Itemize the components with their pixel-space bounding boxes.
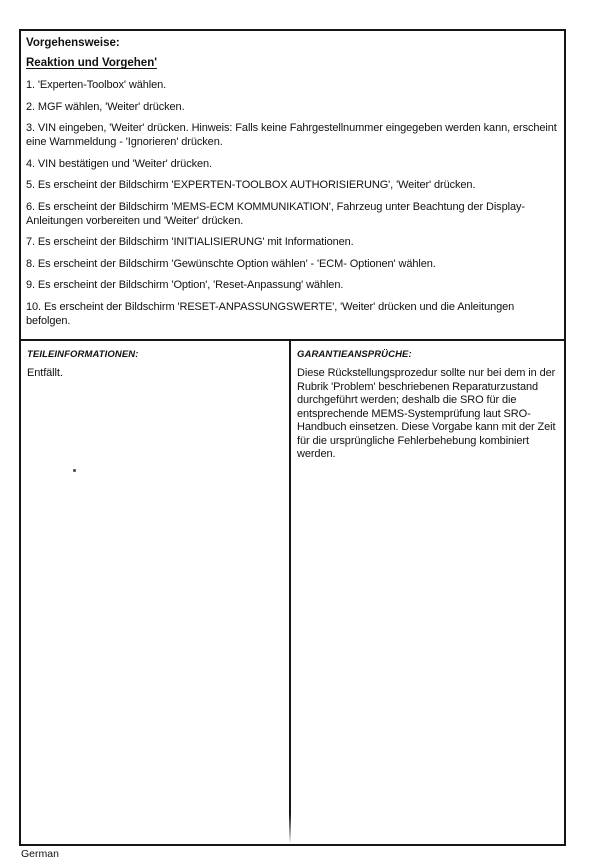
scan-artifact-dot: [73, 469, 76, 472]
parts-information-header: TEILEINFORMATIONEN:: [27, 349, 283, 361]
parts-information-body: Entfällt.: [27, 367, 283, 381]
procedure-step-9: 9. Es erscheint der Bildschirm 'Option',…: [26, 278, 559, 292]
parts-information-cell: TEILEINFORMATIONEN: Entfällt.: [21, 341, 289, 844]
procedure-step-4: 4. VIN bestätigen und 'Weiter' drücken.: [26, 157, 559, 171]
procedure-step-8: 8. Es erscheint der Bildschirm 'Gewünsch…: [26, 257, 559, 271]
document-page: Vorgehensweise: Reaktion und Vorgehen' 1…: [0, 0, 600, 865]
procedure-step-2: 2. MGF wählen, 'Weiter' drücken.: [26, 100, 559, 114]
procedure-step-5: 5. Es erscheint der Bildschirm 'EXPERTEN…: [26, 178, 559, 192]
warranty-claims-header: GARANTIEANSPRÜCHE:: [297, 349, 558, 361]
procedure-step-10: 10. Es erscheint der Bildschirm 'RESET-A…: [26, 300, 559, 328]
info-columns: TEILEINFORMATIONEN: Entfällt. GARANTIEAN…: [21, 341, 564, 844]
procedure-step-3: 3. VIN eingeben, 'Weiter' drücken. Hinwe…: [26, 121, 559, 149]
language-label: German: [21, 848, 59, 860]
warranty-claims-body: Diese Rückstellungsprozedur sollte nur b…: [297, 367, 558, 462]
bulletin-frame: Vorgehensweise: Reaktion und Vorgehen' 1…: [19, 29, 566, 846]
procedure-step-7: 7. Es erscheint der Bildschirm 'INITIALI…: [26, 235, 559, 249]
warranty-claims-cell: GARANTIEANSPRÜCHE: Diese Rückstellungspr…: [291, 341, 564, 844]
procedure-step-6: 6. Es erscheint der Bildschirm 'MEMS-ECM…: [26, 200, 559, 228]
procedure-section: Vorgehensweise: Reaktion und Vorgehen' 1…: [21, 31, 564, 341]
procedure-title: Vorgehensweise:: [26, 36, 559, 50]
procedure-step-1: 1. 'Experten-Toolbox' wählen.: [26, 78, 559, 92]
procedure-subtitle: Reaktion und Vorgehen': [26, 56, 559, 70]
